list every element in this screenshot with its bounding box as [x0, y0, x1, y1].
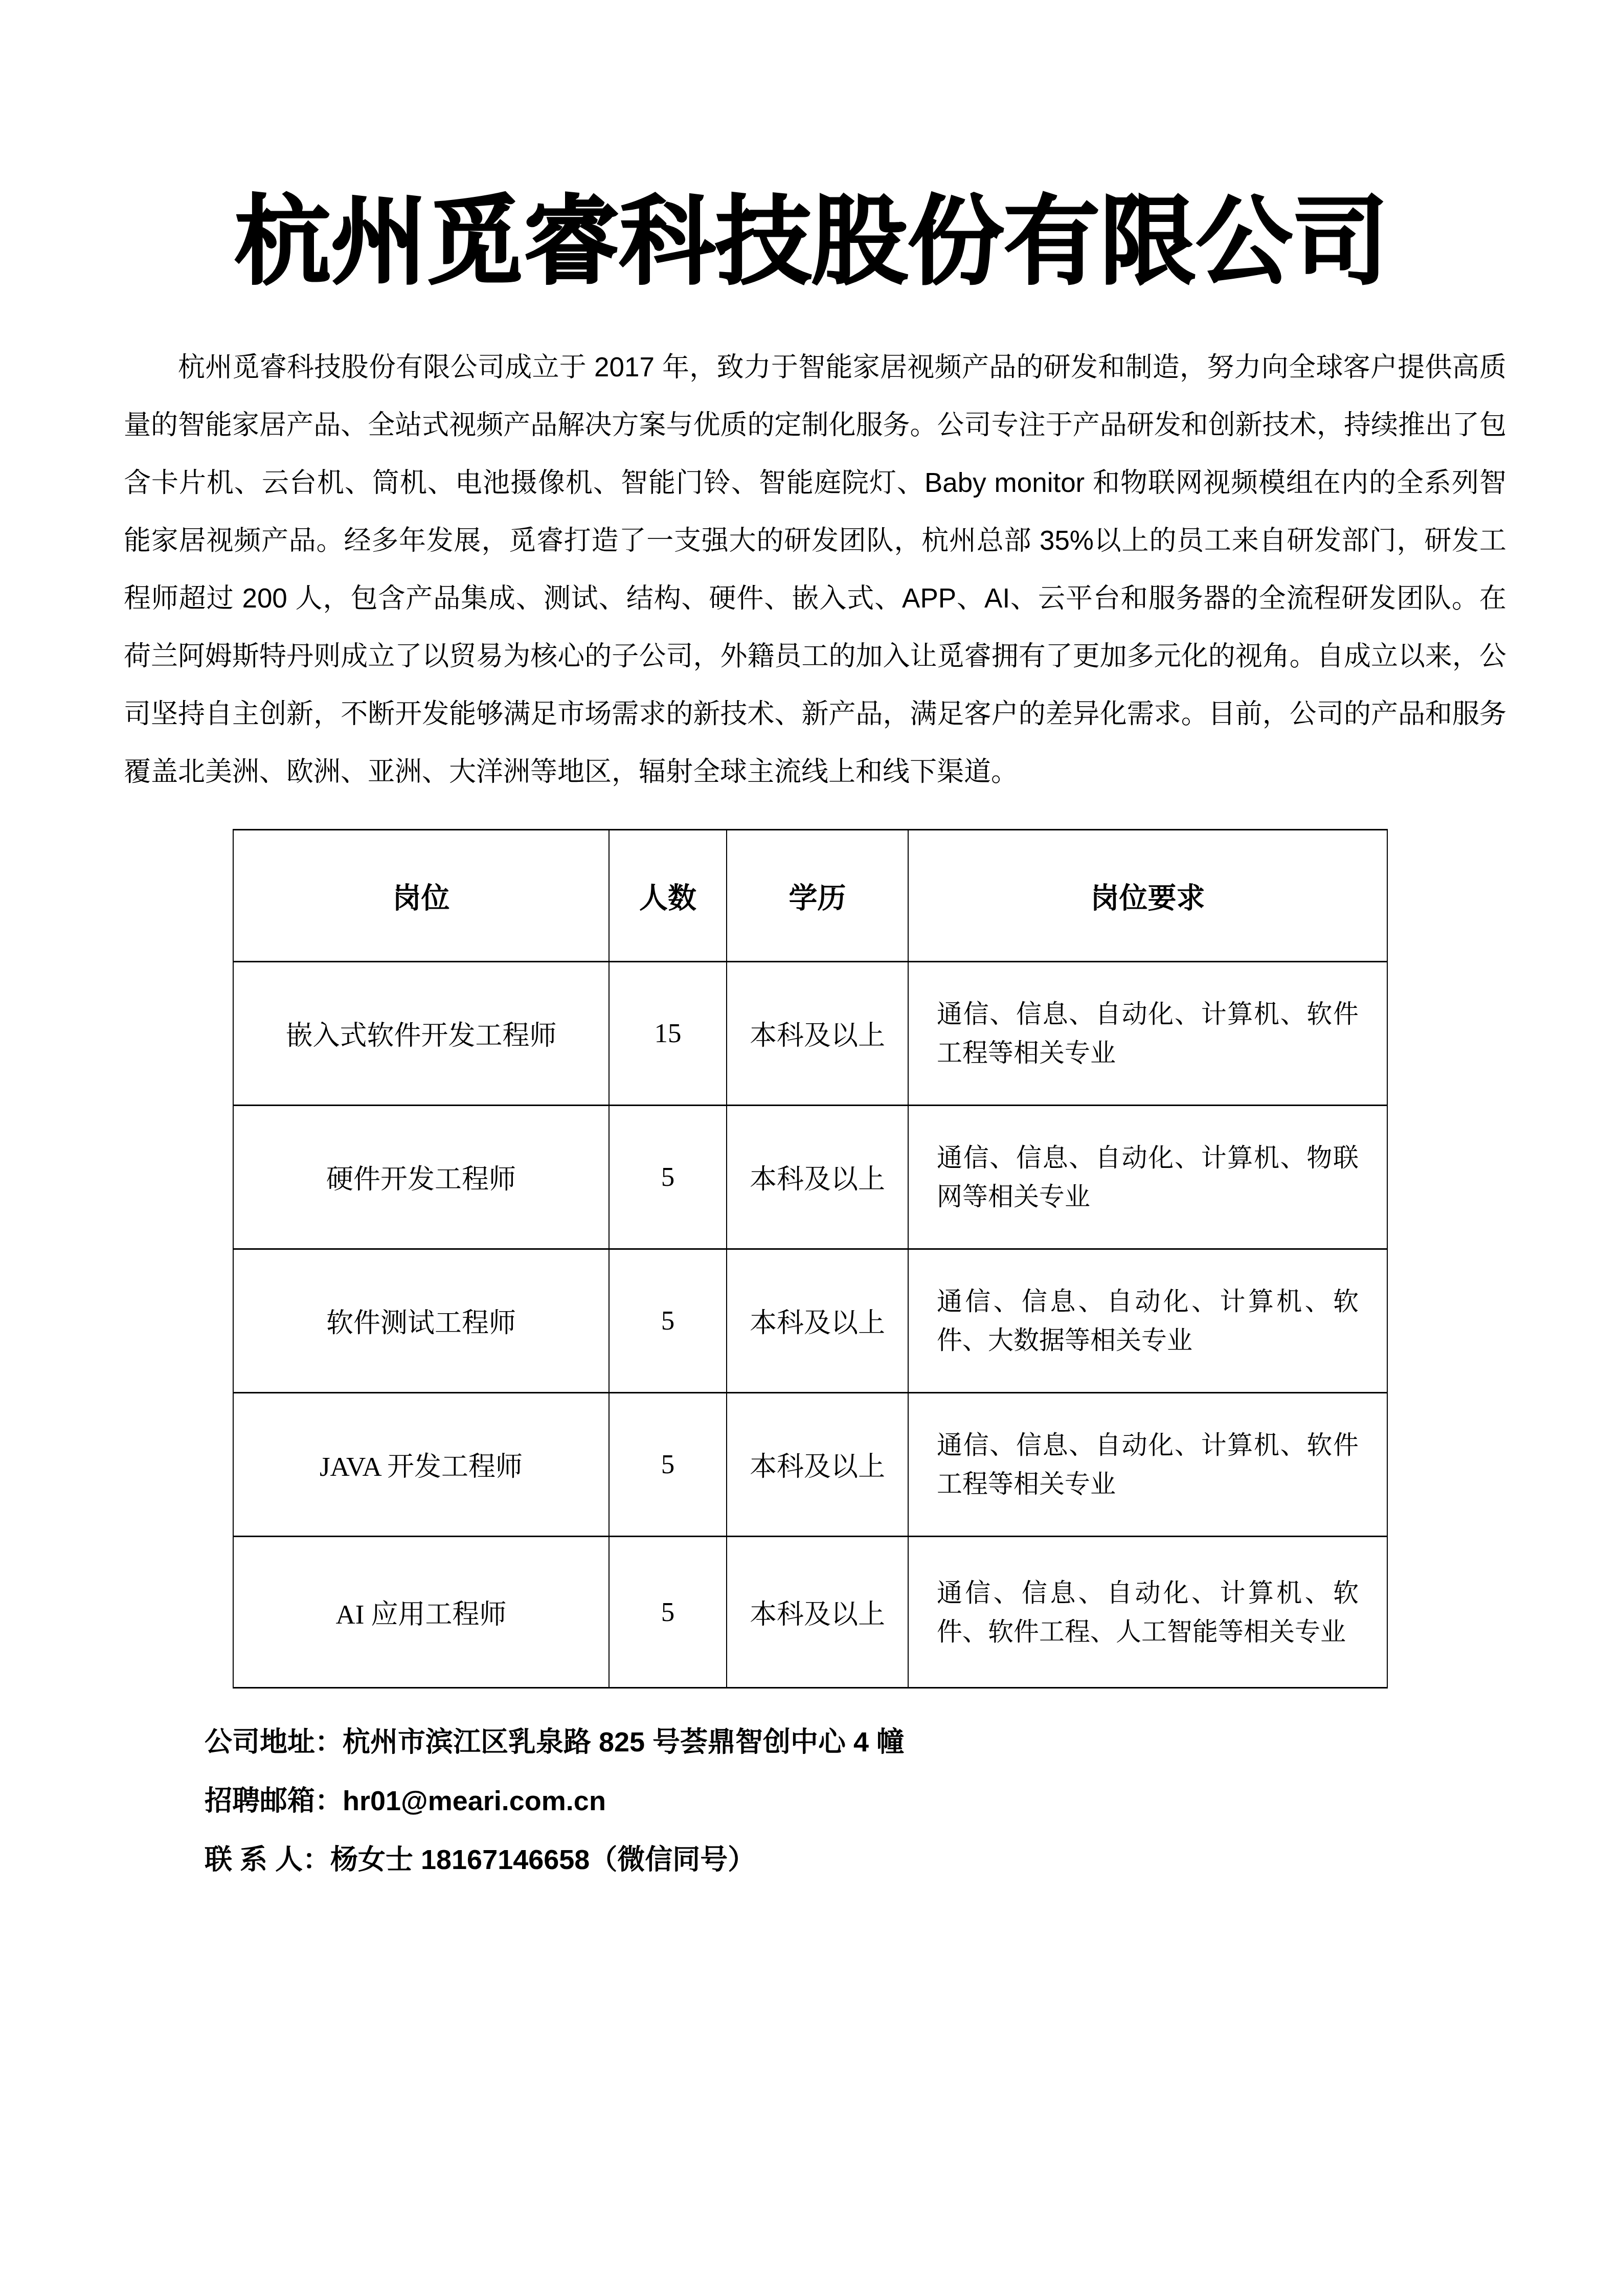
contact-value: 杨女士 18167146658（微信同号）: [330, 1844, 755, 1875]
table-row: AI 应用工程师 5 本科及以上 通信、信息、自动化、计算机、软件、软件工程、人…: [233, 1537, 1387, 1688]
cell-education: 本科及以上: [727, 1249, 908, 1393]
address-value: 杭州市滨江区乳泉路 825 号荟鼎智创中心 4 幢: [343, 1727, 904, 1758]
table-row: JAVA 开发工程师 5 本科及以上 通信、信息、自动化、计算机、软件工程等相关…: [233, 1393, 1387, 1537]
column-header-education: 学历: [727, 830, 908, 962]
cell-headcount: 15: [609, 962, 727, 1106]
cell-position: 硬件开发工程师: [233, 1106, 609, 1249]
table-row: 嵌入式软件开发工程师 15 本科及以上 通信、信息、自动化、计算机、软件工程等相…: [233, 962, 1387, 1106]
email-value: hr01@meari.com.cn: [343, 1786, 606, 1816]
cell-requirements: 通信、信息、自动化、计算机、软件工程等相关专业: [908, 962, 1387, 1106]
cell-requirements: 通信、信息、自动化、计算机、软件、软件工程、人工智能等相关专业: [908, 1537, 1387, 1688]
cell-headcount: 5: [609, 1393, 727, 1537]
company-address-line: 公司地址：杭州市滨江区乳泉路 825 号荟鼎智创中心 4 幢: [205, 1713, 1623, 1772]
table-row: 软件测试工程师 5 本科及以上 通信、信息、自动化、计算机、软件、大数据等相关专…: [233, 1249, 1387, 1393]
jobs-table-body: 嵌入式软件开发工程师 15 本科及以上 通信、信息、自动化、计算机、软件工程等相…: [233, 962, 1387, 1688]
page-title: 杭州觅睿科技股份有限公司: [0, 0, 1623, 289]
cell-requirements: 通信、信息、自动化、计算机、物联网等相关专业: [908, 1106, 1387, 1249]
column-header-requirements: 岗位要求: [908, 830, 1387, 962]
cell-headcount: 5: [609, 1106, 727, 1249]
jobs-table: 岗位 人数 学历 岗位要求 嵌入式软件开发工程师 15 本科及以上 通信、信息、…: [233, 829, 1388, 1689]
table-row: 硬件开发工程师 5 本科及以上 通信、信息、自动化、计算机、物联网等相关专业: [233, 1106, 1387, 1249]
cell-headcount: 5: [609, 1537, 727, 1688]
cell-headcount: 5: [609, 1249, 727, 1393]
contact-person-line: 联 系 人：杨女士 18167146658（微信同号）: [205, 1831, 1623, 1889]
email-label: 招聘邮箱：: [205, 1786, 343, 1816]
cell-education: 本科及以上: [727, 1537, 908, 1688]
cell-position: 软件测试工程师: [233, 1249, 609, 1393]
cell-education: 本科及以上: [727, 962, 908, 1106]
table-header-row: 岗位 人数 学历 岗位要求: [233, 830, 1387, 962]
column-header-headcount: 人数: [609, 830, 727, 962]
cell-education: 本科及以上: [727, 1106, 908, 1249]
cell-position: AI 应用工程师: [233, 1537, 609, 1688]
column-header-position: 岗位: [233, 830, 609, 962]
cell-position: 嵌入式软件开发工程师: [233, 962, 609, 1106]
document-page: 杭州觅睿科技股份有限公司 杭州觅睿科技股份有限公司成立于 2017 年，致力于智…: [0, 0, 1623, 2296]
cell-position: JAVA 开发工程师: [233, 1393, 609, 1537]
company-intro-paragraph: 杭州觅睿科技股份有限公司成立于 2017 年，致力于智能家居视频产品的研发和制造…: [124, 339, 1506, 801]
cell-education: 本科及以上: [727, 1393, 908, 1537]
address-label: 公司地址：: [205, 1727, 343, 1758]
recruit-email-line: 招聘邮箱：hr01@meari.com.cn: [205, 1772, 1623, 1831]
cell-requirements: 通信、信息、自动化、计算机、软件、大数据等相关专业: [908, 1249, 1387, 1393]
contact-label: 联 系 人：: [205, 1844, 330, 1875]
jobs-table-header: 岗位 人数 学历 岗位要求: [233, 830, 1387, 962]
cell-requirements: 通信、信息、自动化、计算机、软件工程等相关专业: [908, 1393, 1387, 1537]
contact-info-block: 公司地址：杭州市滨江区乳泉路 825 号荟鼎智创中心 4 幢 招聘邮箱：hr01…: [205, 1713, 1623, 1889]
